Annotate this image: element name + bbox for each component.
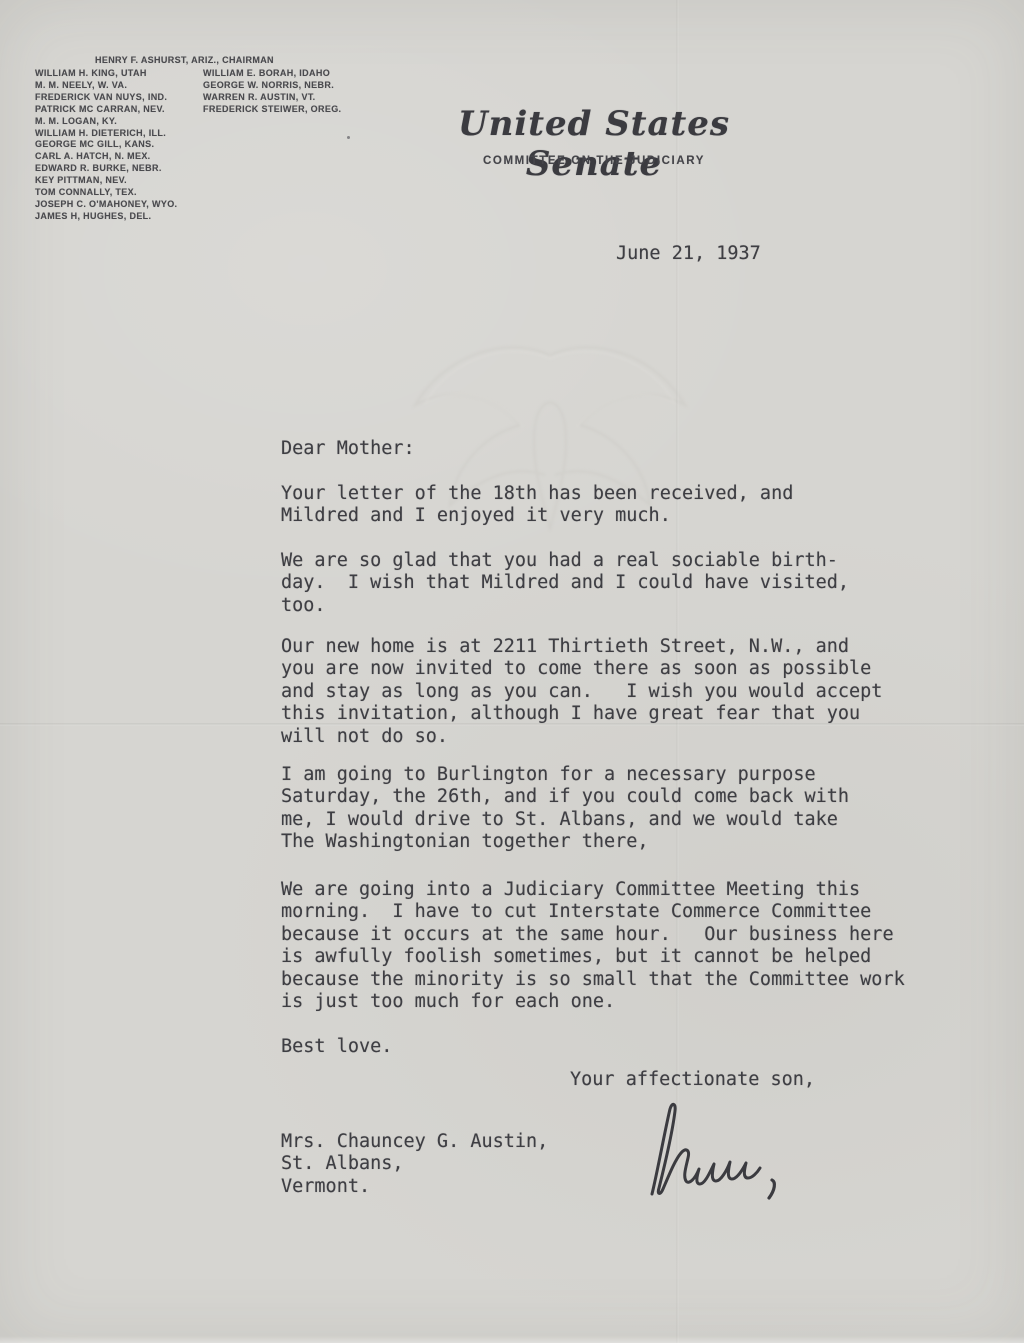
letter-salutation: Dear Mother: bbox=[281, 438, 415, 460]
letter-paragraph: Your letter of the 18th has been receive… bbox=[281, 483, 793, 528]
signature-autograph bbox=[636, 1096, 791, 1204]
letter-paragraph: We are so glad that you had a real socia… bbox=[281, 550, 849, 617]
letter-date: June 21, 1937 bbox=[616, 243, 761, 265]
masthead-committee-name: COMMITTEE ON THE JUDICIARY bbox=[394, 155, 794, 167]
paper-bottom-edge bbox=[0, 1336, 1024, 1343]
letter-closing: Best love. bbox=[281, 1036, 392, 1058]
letterhead-members-left-column: WILLIAM H. KING, UTAH M. M. NEELY, W. VA… bbox=[35, 68, 177, 223]
recipient-address: Mrs. Chauncey G. Austin, St. Albans, Ver… bbox=[281, 1131, 548, 1198]
ink-speck bbox=[347, 136, 350, 139]
letter-valediction: Your affectionate son, bbox=[570, 1069, 815, 1091]
letter-page: HENRY F. ASHURST, ARIZ., CHAIRMAN WILLIA… bbox=[0, 0, 1024, 1343]
letterhead-chairman: HENRY F. ASHURST, ARIZ., CHAIRMAN bbox=[95, 55, 274, 67]
letter-paragraph: Our new home is at 2211 Thirtieth Street… bbox=[281, 636, 882, 748]
masthead-org-name: United States Senate bbox=[394, 104, 794, 184]
letter-paragraph: I am going to Burlington for a necessary… bbox=[281, 764, 849, 854]
letterhead-members-right-column: WILLIAM E. BORAH, IDAHO GEORGE W. NORRIS… bbox=[203, 68, 341, 116]
letter-paragraph: We are going into a Judiciary Committee … bbox=[281, 879, 905, 1013]
